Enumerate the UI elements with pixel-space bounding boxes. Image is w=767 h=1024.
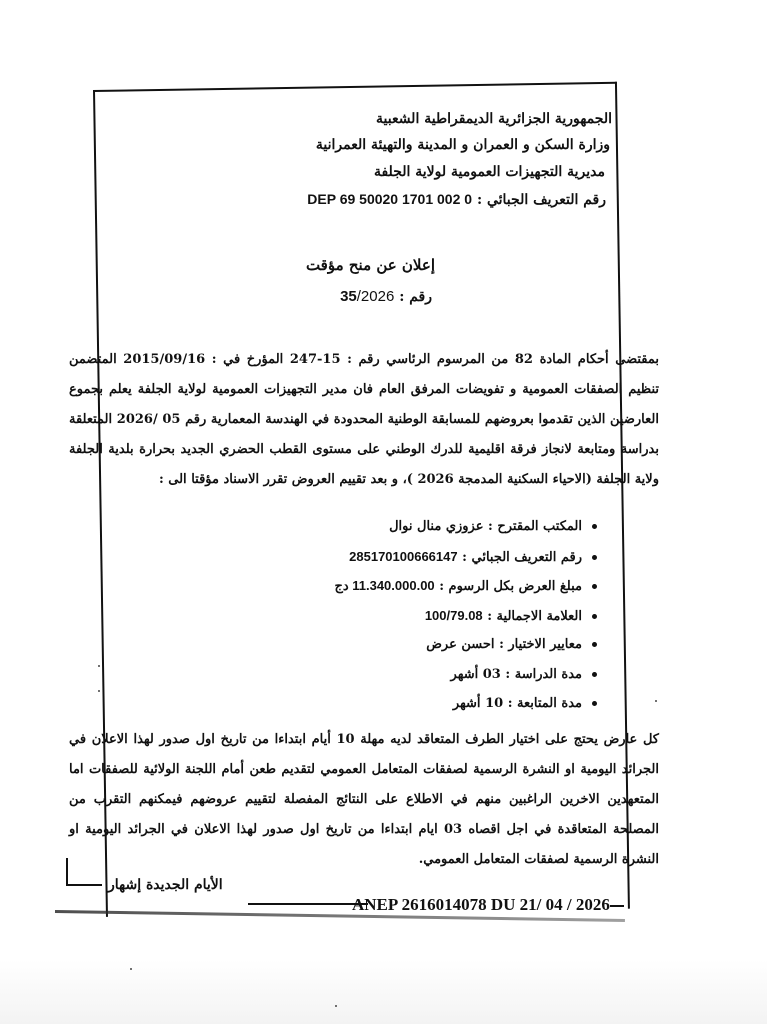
detail-score: العلامة الاجمالية : 100/79.08	[334, 601, 597, 631]
intro-text: بمقتضى أحكام المادة 82 من المرسوم الرئاس…	[69, 345, 659, 495]
footer-divider	[248, 903, 368, 905]
number-value: 35	[340, 288, 357, 305]
intro-paragraph: بمقتضى أحكام المادة 82 من المرسوم الرئاس…	[69, 345, 659, 495]
announcement-document: الجمهورية الجزائرية الديمقراطية الشعبية …	[0, 0, 767, 1024]
award-details-list: المكتب المقترح : عزوزي منال نوال رقم الت…	[334, 512, 597, 719]
header-tax-id: رقم التعريف الجبائي : DEP 69 50020 1701 …	[307, 191, 606, 208]
bullet-icon	[592, 555, 597, 560]
detail-followup-duration: مدة المتابعة : 10 أشهر	[334, 689, 597, 719]
bullet-icon	[592, 672, 597, 677]
detail-tax-id: رقم التعريف الجبائي : 285170100666147	[334, 542, 597, 572]
anep-reference: ANEP 2616014078 DU 21/ 04 / 2026	[352, 895, 624, 915]
announcement-number: رقم : 35/2026	[340, 288, 432, 305]
anep-text: ANEP 2616014078 DU 21/ 04 / 2026	[352, 895, 610, 914]
bullet-icon	[592, 701, 597, 706]
detail-office: المكتب المقترح : عزوزي منال نوال	[334, 512, 597, 542]
detail-amount: مبلغ العرض بكل الرسوم : 11.340.000.00 دج	[334, 571, 597, 601]
tax-id-label: رقم التعريف الجبائي :	[477, 192, 606, 208]
closing-paragraph: كل عارض يحتج على اختيار الطرف المتعاقد ل…	[69, 725, 659, 875]
announcement-title: إعلان عن منح مؤقت	[306, 256, 435, 274]
detail-criteria: معايير الاختيار : احسن عرض	[334, 630, 597, 660]
header-ministry: وزارة السكن و العمران و المدينة والتهيئة…	[316, 137, 610, 153]
newspaper-label: الأيام الجديدة إشهار	[108, 877, 223, 893]
bullet-icon	[592, 614, 597, 619]
header-directorate: مديرية التجهيزات العمومية لولاية الجلفة	[374, 164, 605, 180]
scan-speck	[655, 700, 657, 702]
bullet-icon	[592, 524, 597, 529]
closing-text: كل عارض يحتج على اختيار الطرف المتعاقد ل…	[69, 725, 659, 875]
tax-id-value: DEP 69 50020 1701 002 0	[307, 191, 472, 207]
scan-speck	[98, 665, 100, 667]
scan-speck	[98, 690, 100, 692]
frame-corner	[610, 905, 624, 907]
bullet-icon	[592, 584, 597, 589]
bullet-icon	[592, 642, 597, 647]
detail-study-duration: مدة الدراسة : 03 أشهر	[334, 660, 597, 690]
header-republic: الجمهورية الجزائرية الديمقراطية الشعبية	[376, 111, 612, 127]
scan-speck	[335, 1005, 337, 1007]
scan-speck	[130, 968, 132, 970]
number-label: رقم :	[399, 289, 432, 305]
number-year: /2026	[357, 288, 395, 305]
